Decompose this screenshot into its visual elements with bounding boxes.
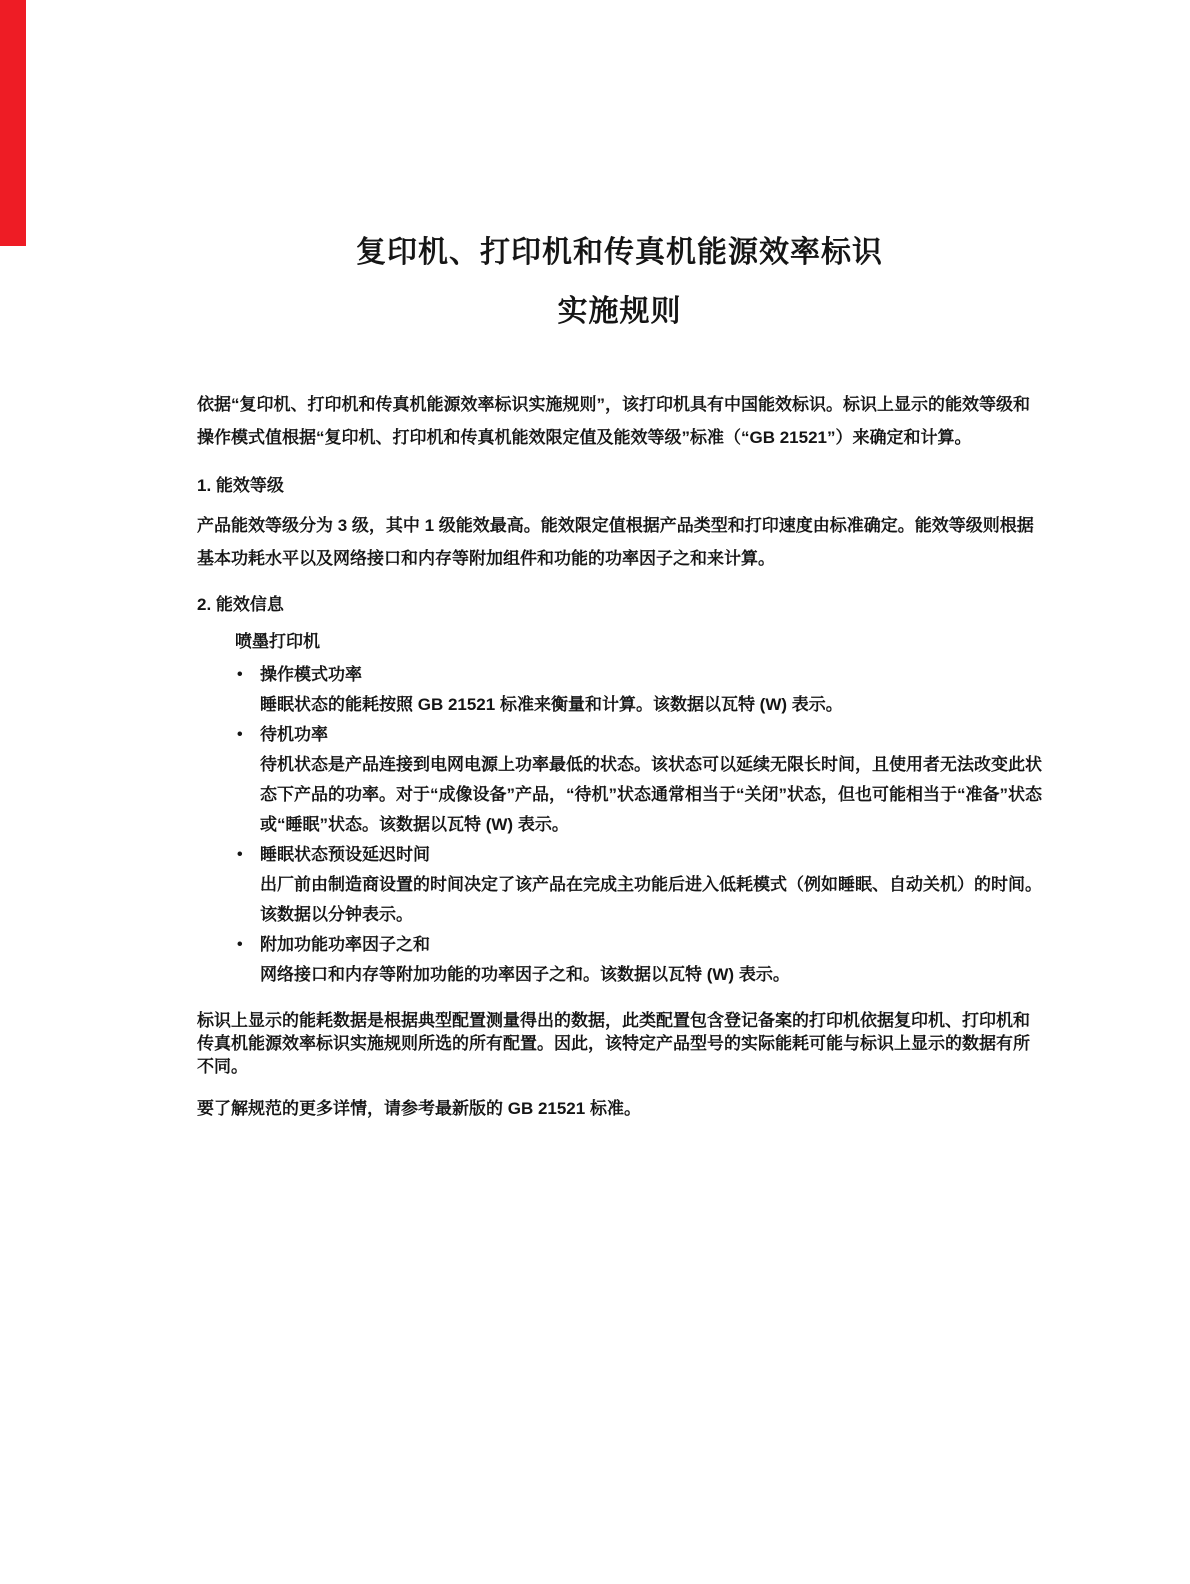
bullet-text-sleep-delay-time: 出厂前由制造商设置的时间决定了该产品在完成主功能后进入低耗模式（例如睡眠、自动关… xyxy=(260,870,1042,930)
document-title-line1: 复印机、打印机和传真机能源效率标识 xyxy=(197,223,1042,282)
bullet-text-additional-power-factors: 网络接口和内存等附加功能的功率因子之和。该数据以瓦特 (W) 表示。 xyxy=(260,960,1042,990)
section-heading-energy-info: 2. 能效信息 xyxy=(197,588,1042,621)
bullet-text-operating-mode-power: 睡眠状态的能耗按照 GB 21521 标准来衡量和计算。该数据以瓦特 (W) 表… xyxy=(260,690,1042,720)
intro-paragraph: 依据“复印机、打印机和传真机能源效率标识实施规则”，该打印机具有中国能效标识。标… xyxy=(197,388,1042,454)
page-edge-red-marker xyxy=(0,0,26,246)
bullet-icon: • xyxy=(237,840,243,870)
document-title-line2: 实施规则 xyxy=(197,282,1042,341)
bullet-label-sleep-delay-time: 睡眠状态预设延迟时间 xyxy=(260,840,1042,870)
subheading-inkjet-printer: 喷墨打印机 xyxy=(235,625,1042,658)
footer-reference-note: 要了解规范的更多详情，请参考最新版的 GB 21521 标准。 xyxy=(197,1092,1042,1125)
list-item: • 操作模式功率 睡眠状态的能耗按照 GB 21521 标准来衡量和计算。该数据… xyxy=(235,660,1042,720)
document-page: 复印机、打印机和传真机能源效率标识 实施规则 依据“复印机、打印机和传真机能源效… xyxy=(0,0,1190,1584)
bullet-icon: • xyxy=(237,720,243,750)
energy-info-bullet-list: • 操作模式功率 睡眠状态的能耗按照 GB 21521 标准来衡量和计算。该数据… xyxy=(235,660,1042,990)
section-body-energy-grade: 产品能效等级分为 3 级，其中 1 级能效最高。能效限定值根据产品类型和打印速度… xyxy=(197,509,1042,575)
list-item: • 待机功率 待机状态是产品连接到电网电源上功率最低的状态。该状态可以延续无限长… xyxy=(235,720,1042,840)
section-heading-energy-grade: 1. 能效等级 xyxy=(197,469,1042,502)
bullet-label-additional-power-factors: 附加功能功率因子之和 xyxy=(260,930,1042,960)
bullet-icon: • xyxy=(237,660,243,690)
bullet-icon: • xyxy=(237,930,243,960)
list-item: • 附加功能功率因子之和 网络接口和内存等附加功能的功率因子之和。该数据以瓦特 … xyxy=(235,930,1042,990)
list-item: • 睡眠状态预设延迟时间 出厂前由制造商设置的时间决定了该产品在完成主功能后进入… xyxy=(235,840,1042,930)
bullet-label-operating-mode-power: 操作模式功率 xyxy=(260,660,1042,690)
document-content: 复印机、打印机和传真机能源效率标识 实施规则 依据“复印机、打印机和传真机能源效… xyxy=(197,0,1042,1125)
bullet-label-standby-power: 待机功率 xyxy=(260,720,1042,750)
document-title: 复印机、打印机和传真机能源效率标识 实施规则 xyxy=(197,223,1042,341)
bullet-text-standby-power: 待机状态是产品连接到电网电源上功率最低的状态。该状态可以延续无限长时间，且使用者… xyxy=(260,750,1042,840)
footer-disclaimer-paragraph: 标识上显示的能耗数据是根据典型配置测量得出的数据，此类配置包含登记备案的打印机依… xyxy=(197,1009,1042,1078)
